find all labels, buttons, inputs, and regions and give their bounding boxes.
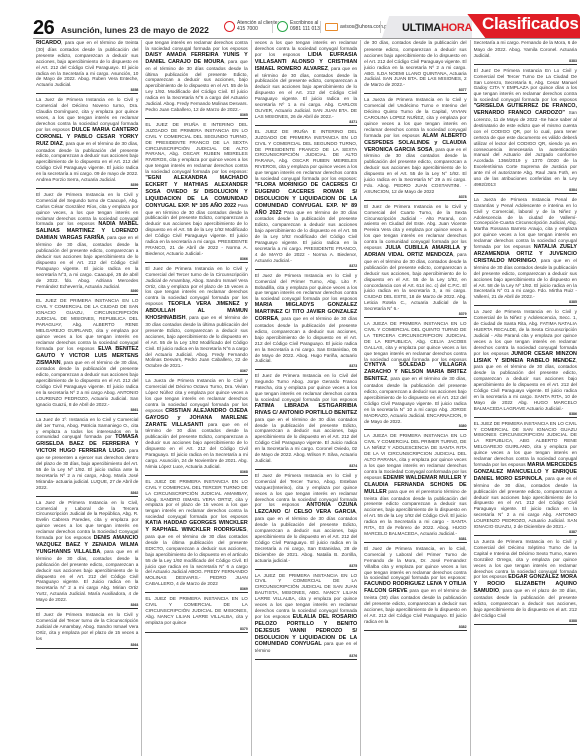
header-rule (33, 38, 580, 39)
notice-body: , para que en el término de 30 días, con… (36, 141, 138, 182)
notice-lead: La Jueza de Primera Instancia en lo Civi… (364, 97, 466, 137)
notice-body: , para que en el término de 30 días cont… (474, 258, 577, 299)
legal-notice: La Jueza de Primera Instancia en lo Civi… (364, 97, 466, 201)
notice-code: 8375 (255, 564, 357, 568)
notice-lead: El Juez de Primera Instancia, en lo Civi… (364, 546, 466, 581)
notice-code: 8374 (255, 464, 357, 468)
notice-body: , para que en el término de 30 días, con… (474, 476, 577, 529)
notice-lead: LA JUEZA DE PRIMERA INSTANCIA EN LO CIVI… (364, 433, 466, 479)
notice-body: , para que en el término de 30 días, con… (36, 235, 138, 288)
column-3: veces a los que tengan interés en reclam… (252, 40, 361, 756)
notice-code: 8369 (145, 587, 247, 591)
notice-code: 8379 (364, 312, 466, 316)
notice-lead: EL JUEZ DE PRIMERA INSTANCIA EN LO CIVIL… (145, 596, 247, 625)
notice-code: 8377 (364, 88, 466, 92)
notice-code: 8386 (474, 412, 577, 416)
notice-lead: EL JUEZ DE PRIMERA INSTANCIA EN LO CIVIL… (474, 421, 577, 467)
legal-notice: EL JUEZ DE PRIMERA INSTANCIA EN LO CIVIL… (145, 596, 247, 633)
notice-code: 8363 (36, 603, 138, 607)
column-2: que tengan interés en reclamar derechos … (142, 40, 251, 756)
contact-email[interactable]: avisos@uhora.com.py (340, 24, 390, 30)
legal-notice: que tengan interés en reclamar derechos … (145, 40, 247, 119)
notice-lead: EL JUEZ DE IRUÑA E INTERINO DEL JUZGADO … (145, 122, 247, 174)
section-title: Clasificados (482, 14, 579, 34)
notice-parties: "EGNI ALEXANDRA MACHADO ECKERT Y MATHIAS… (145, 175, 247, 209)
notice-parties: RICARDO (36, 40, 61, 46)
notice-lead: que tengan interés en reclamar derechos … (145, 40, 247, 51)
legal-notice: EL JUEZ DE PRIMERA INSTANCIA EN LO CIVIL… (36, 298, 138, 413)
notice-parties: KATIA HADDAD GEORGES WINCKLER Y RAPHAEL … (145, 520, 247, 533)
notice-code: 8371 (255, 120, 357, 124)
contact-value: 0981 111 013 (290, 26, 320, 32)
notice-lead: La Juez de Primera Instancia en lo Civil… (36, 500, 138, 540)
notice-code: 8370 (145, 627, 247, 631)
notice-body: , para que en el término de 30 días cont… (255, 316, 357, 363)
notice-body: , para que en el término de 30 días, con… (364, 252, 466, 311)
notice-body: , para que en el término de 30 días, con… (364, 376, 466, 423)
legal-notice: EL JUEZ DE IRUÑA E INTERINO DEL JUZGADO … (145, 122, 247, 263)
publication-date: Asunción, lunes 23 de mayo de 2022 (61, 25, 209, 35)
notice-lead: La Jueza de Primera Instancia en lo Civi… (474, 539, 577, 579)
legal-notice: LA JUEZA DE PRIMERA INSTANCIA EN LO CIVI… (364, 321, 466, 430)
legal-notice: El Juez de Primera Instancia en lo Civil… (255, 373, 357, 470)
ultimahora-logo: ULTIMAHORA (402, 22, 472, 34)
notice-body: Secretaría a mi cargo. Fernando de la Mo… (474, 40, 577, 58)
notice-code: 8381 (364, 537, 466, 541)
notice-body: , para que en el término de 30 días, con… (36, 360, 138, 407)
notice-code: 8384 (474, 188, 577, 192)
notice-body: para que en el perentorio término de tre… (364, 489, 466, 536)
notice-code: 8383 (474, 59, 577, 63)
legal-notice: EL JUEZ DE IRUÑA E INTERINO DEL JUZGADO … (255, 129, 357, 270)
notice-body: , para que en el término de 30 días, con… (255, 66, 357, 119)
divider (272, 21, 273, 33)
notice-lead: El Juez de Primera Instancia en lo Civil… (255, 273, 357, 302)
notice-code: 8368 (145, 470, 247, 474)
legal-notice: El Juez de Primera Instancia en lo Civil… (36, 612, 138, 649)
notice-lead: La Jueza de Primera Instancia Penal de G… (474, 197, 577, 249)
notice-body: , para que en el término de 30 días cont… (145, 527, 247, 586)
notice-code: 8376 (255, 654, 357, 658)
contact-value: 415 7000 (237, 26, 258, 32)
legal-notice: LA JUEZ DE PRIMERA INSTANCIA EN LO CIVIL… (255, 573, 357, 661)
page-number: 26 (33, 17, 54, 40)
notice-lead: El Juez de Primera Instancia en lo Civil… (145, 266, 247, 306)
notice-code: 8388 (474, 619, 577, 623)
legal-notice: El Juez de Primera Instancia en lo Civil… (36, 192, 138, 296)
classifieds-columns: RICARDO, para que en el término de trein… (33, 40, 580, 756)
legal-notice: La Jueza de Primera Instancia en lo Civi… (474, 539, 577, 625)
notice-parties: FATIMA LIBRADA ESTIGARRIBIA RIVAS C/ ANT… (255, 403, 357, 416)
notice-body: Para que en término de 30 días contados … (145, 203, 247, 256)
divider (380, 21, 381, 33)
notice-code: 8359 (36, 183, 138, 187)
notice-body: de 30 días, contados desde la publicació… (364, 40, 466, 87)
legal-notice: EL JUEZ DE PRIMERA INSTANCIA EN LO CIVIL… (474, 421, 577, 536)
notice-body: San Lorenzo, 11 de Mayo de 2022 -Se hace… (474, 110, 577, 187)
notice-code: 8378 (364, 195, 466, 199)
notice-body: , para que en el término de 30 días cont… (364, 147, 466, 194)
whatsapp-icon (277, 21, 288, 32)
legal-notice: El Juez de Primera Instancia en lo Civil… (364, 204, 466, 318)
divider (320, 21, 321, 33)
legal-notice: La Jueza de Primera Instancia Penal de G… (474, 197, 577, 306)
column-4: de 30 días, contados desde la publicació… (361, 40, 470, 756)
legal-notice: El Juez de Primera Instancia en lo Civil… (145, 266, 247, 375)
notice-body: para que se presenten a ejercer sus dere… (36, 448, 138, 489)
notice-body: , para que en el término de 30 días cont… (145, 59, 247, 112)
notice-code: 8382 (364, 625, 466, 629)
notice-code: 8373 (255, 364, 357, 368)
notice-body: para que en el término de 30 días contad… (145, 422, 247, 469)
notice-code: 8380 (364, 424, 466, 428)
legal-notice: La Jueza de Primera Instancia en lo Civi… (145, 378, 247, 476)
notice-code: 8367 (145, 369, 247, 373)
notice-code: 8361 (36, 408, 138, 412)
notice-body: Para que en término de 30 días contados … (255, 210, 357, 263)
notice-code: 8362 (36, 491, 138, 495)
customer-service-contact: Atención al cliente:415 7000 (224, 20, 279, 32)
column-1: RICARDO, para que en el término de trein… (33, 40, 142, 756)
legal-notice: LA JUEZA DE PRIMERA INSTANCIA EN LO CIVI… (364, 433, 466, 542)
whatsapp-contact: Escribinos al0981 111 013 (277, 20, 320, 32)
notice-body: , para que en el término de 30 días cont… (145, 315, 247, 368)
notice-code: 8364 (36, 643, 138, 647)
legal-notice: Secretaría a mi cargo. Fernando de la Mo… (474, 40, 577, 65)
notice-lead: LA JUEZ DE PRIMERA INSTANCIA EN LO CIVIL… (255, 573, 357, 619)
legal-notice: La Juez de Primera Instancia en lo Civil… (36, 500, 138, 609)
notice-lead: El Juez de Primera Instancia en lo Civil… (255, 373, 357, 402)
legal-notice: El Juez de Primera Instancia, en lo Civi… (364, 546, 466, 631)
notice-lead: El Juez de Primera Instancia en lo Civil… (36, 612, 138, 641)
legal-notice: RICARDO, para que en el término de trein… (36, 40, 138, 94)
notice-body: para que en el término de 30 días contad… (255, 417, 357, 463)
notice-body: , para que en el término de treinta (30)… (36, 40, 138, 87)
legal-notice: EL JUEZ DE PRIMERA INSTANCIA EN LO CIVIL… (145, 479, 247, 593)
notice-code: 8358 (36, 88, 138, 92)
mail-icon (325, 23, 338, 31)
notice-code: 8387 (474, 530, 577, 534)
legal-notice: El Juez De Primera Instancia En Lo Civil… (474, 68, 577, 194)
legal-notice: La Juez de Primera Instancia en lo Civil… (36, 97, 138, 189)
phone-icon (224, 21, 235, 32)
legal-notice: veces a los que tengan interés en reclam… (255, 40, 357, 126)
legal-notice: El Juez de Primera Instancia en lo Civil… (255, 273, 357, 371)
legal-notice: El Juez de Primera Instancia en lo Civil… (255, 473, 357, 570)
notice-lead: El Juez De Primera Instancia En Lo Civil… (474, 68, 577, 103)
notice-lead: LA JUEZA DE PRIMERA INSTANCIA EN LO CIVI… (364, 321, 466, 361)
legal-notice: La Juez de 1º. Instancia en lo Civil y C… (36, 417, 138, 497)
legal-notice: de 30 días, contados desde la publicació… (364, 40, 466, 94)
notice-code: 8372 (255, 264, 357, 268)
notice-parties: "GRISELDA GUTIERREZ DE FRANCO, VERNARDO … (474, 103, 577, 116)
notice-lead: EL JUEZ DE IRUÑA E INTERINO DEL JUZGADO … (255, 129, 357, 181)
notice-body: , para que en el término de 30 días, con… (474, 358, 577, 411)
column-5: Secretaría a mi cargo. Fernando de la Mo… (471, 40, 580, 756)
notice-body: , para que en el término de 30 días cont… (255, 509, 357, 562)
notice-code: 8365 (145, 113, 247, 117)
notice-body: , para que en el término de 30 días, con… (36, 549, 138, 602)
legal-notice: La Juez de Primera Instancia en lo Civil… (474, 309, 577, 417)
notice-code: 8385 (474, 300, 577, 304)
notice-lead: EL JUEZ DE PRIMERA INSTANCIA EN LO CIVIL… (145, 479, 247, 519)
notice-lead: La Juez de Primera Instancia en lo Civil… (474, 309, 577, 355)
notice-code: 8366 (145, 257, 247, 261)
notice-code: 8360 (36, 289, 138, 293)
notice-lead: El Juez de Primera Instancia en lo Civil… (364, 204, 466, 250)
page-header: 26 Asunción, lunes 23 de mayo de 2022 At… (0, 0, 580, 38)
notice-lead: EL JUEZ DE PRIMERA INSTANCIA EN LO CIVIL… (36, 298, 138, 350)
